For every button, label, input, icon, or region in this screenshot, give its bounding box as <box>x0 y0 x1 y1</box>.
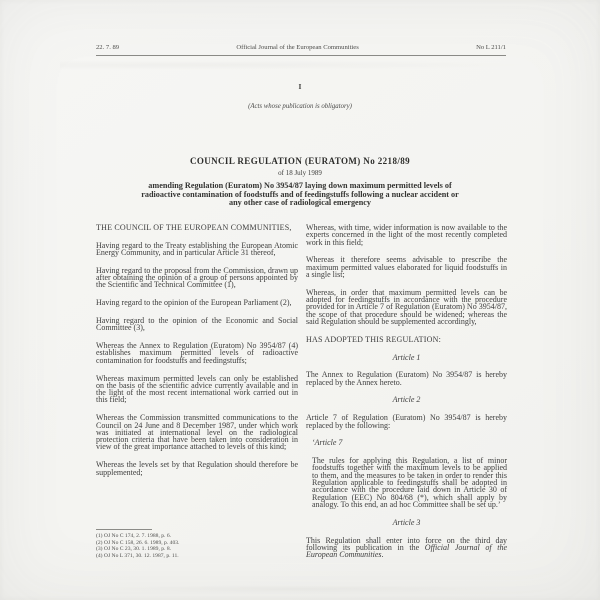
scanned-journal-page: 22. 7. 89 Official Journal of the Europe… <box>0 0 600 600</box>
regulation-title: COUNCIL REGULATION (EURATOM) No 2218/89 <box>0 156 600 166</box>
article-3-period: . <box>381 550 383 559</box>
preamble-opening: THE COUNCIL OF THE EUROPEAN COMMUNITIES, <box>96 224 298 231</box>
section-subtitle: (Acts whose publication is obligatory) <box>0 103 600 110</box>
section-numeral: I <box>0 82 600 91</box>
article-2-intro: Article 7 of Regulation (Euratom) No 395… <box>306 414 507 429</box>
quoted-article-7-body: The rules for applying this Regulation, … <box>306 457 507 508</box>
article-2-heading: Article 2 <box>306 396 507 403</box>
footnote-rule <box>96 529 152 530</box>
left-column: THE COUNCIL OF THE EUROPEAN COMMUNITIES,… <box>96 224 298 486</box>
recital-6: Whereas it therefore seems advisable to … <box>306 256 507 278</box>
recital-7: Whereas, in order that maximum permitted… <box>306 289 507 325</box>
recital-3: Whereas the Commission transmitted commu… <box>96 414 298 450</box>
quoted-article-7-heading: ‘Article 7 <box>306 439 507 446</box>
right-column: Whereas, with time, wider information is… <box>306 224 507 569</box>
citation-treaty: Having regard to the Treaty establishing… <box>96 242 298 257</box>
header-rule <box>96 55 506 56</box>
regulation-date: of 18 July 1989 <box>0 169 600 177</box>
regulation-subtitle: amending Regulation (Euratom) No 3954/87… <box>134 182 466 208</box>
footnote-4: (4) OJ No L 371, 30. 12. 1987, p. 11. <box>96 553 298 560</box>
citation-esc-opinion: Having regard to the opinion of the Econ… <box>96 317 298 332</box>
enacting-formula: HAS ADOPTED THIS REGULATION: <box>306 336 507 343</box>
recital-4: Whereas the levels set by that Regulatio… <box>96 461 298 476</box>
footnote-block: (1) OJ No C 174, 2. 7. 1988, p. 6. (2) O… <box>96 533 298 559</box>
article-1-body: The Annex to Regulation (Euratom) No 395… <box>306 371 507 386</box>
recital-1: Whereas the Annex to Regulation (Euratom… <box>96 342 298 364</box>
footnote-1: (1) OJ No C 174, 2. 7. 1988, p. 6. <box>96 533 298 540</box>
citation-parliament-opinion: Having regard to the opinion of the Euro… <box>96 299 298 306</box>
article-1-heading: Article 1 <box>306 354 507 361</box>
page-header: 22. 7. 89 Official Journal of the Europe… <box>96 44 506 51</box>
header-page-number: No L 211/1 <box>476 44 506 51</box>
article-3-heading: Article 3 <box>306 519 507 526</box>
header-journal-title: Official Journal of the European Communi… <box>236 44 358 51</box>
recital-2: Whereas maximum permitted levels can onl… <box>96 375 298 404</box>
footnote-3: (3) OJ No C 23, 30. 1. 1989, p. 8. <box>96 546 298 553</box>
citation-commission-proposal: Having regard to the proposal from the C… <box>96 267 298 289</box>
header-date: 22. 7. 89 <box>96 44 119 51</box>
recital-5: Whereas, with time, wider information is… <box>306 224 507 246</box>
article-3-body: This Regulation shall enter into force o… <box>306 537 507 559</box>
